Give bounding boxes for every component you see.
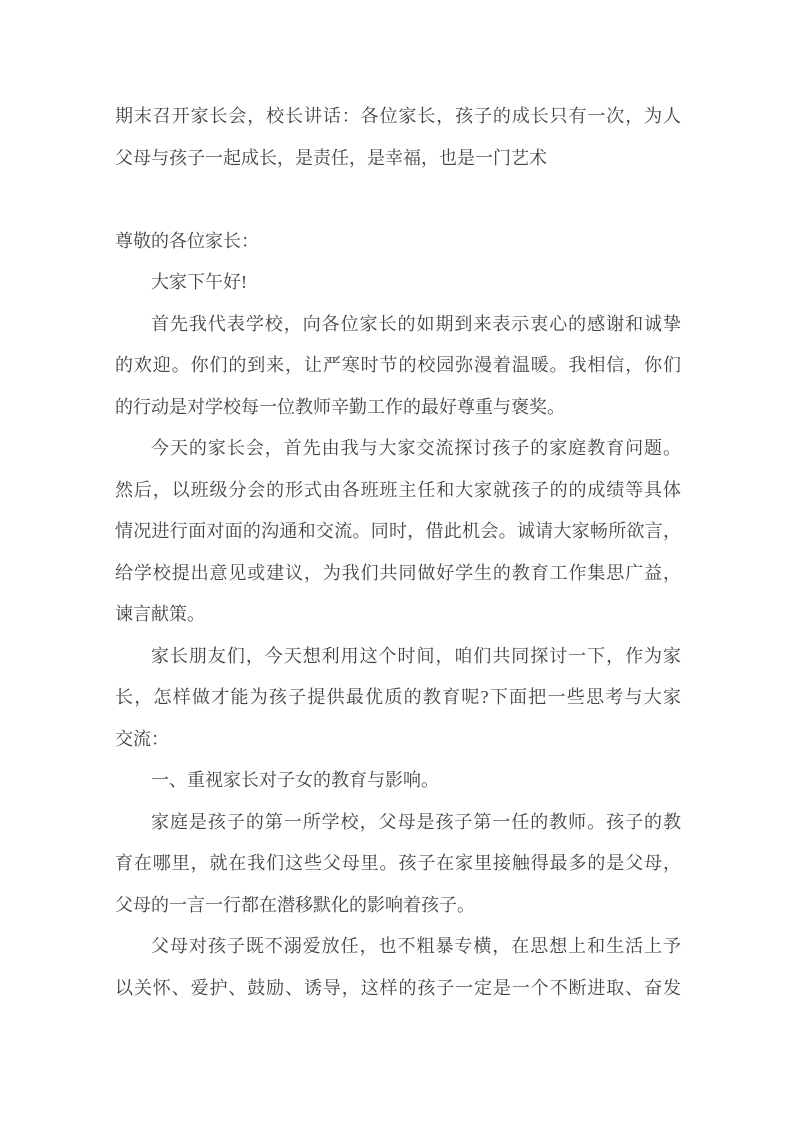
text-line: 家庭是孩子的第一所学校，父母是孩子第一任的教师。孩子的教 <box>115 802 681 844</box>
text-line: 长，怎样做才能为孩子提供最优质的教育呢?下面把一些思考与大家 <box>115 677 681 719</box>
text-line: 一、重视家长对子女的教育与影响。 <box>115 760 681 802</box>
text-line: 情况进行面对面的沟通和交流。同时，借此机会。诚请大家畅所欲言， <box>115 511 681 553</box>
text-line: 父母与孩子一起成长，是责任，是幸福，也是一门艺术 <box>115 138 681 180</box>
text-line: 的行动是对学校每一位教师辛勤工作的最好尊重与褒奖。 <box>115 387 681 429</box>
document-content: 期末召开家长会，校长讲话：各位家长，孩子的成长只有一次，为人父母与孩子一起成长，… <box>115 96 681 1009</box>
text-line: 以关怀、爱护、鼓励、诱导，这样的孩子一定是一个不断进取、奋发 <box>115 968 681 1010</box>
text-line: 父母的一言一行都在潜移默化的影响着孩子。 <box>115 885 681 927</box>
text-line: 的欢迎。你们的到来，让严寒时节的校园弥漫着温暖。我相信，你们 <box>115 345 681 387</box>
text-line: 育在哪里，就在我们这些父母里。孩子在家里接触得最多的是父母， <box>115 843 681 885</box>
text-line: 首先我代表学校，向各位家长的如期到来表示衷心的感谢和诚挚 <box>115 304 681 346</box>
text-line: 家长朋友们，今天想利用这个时间，咱们共同探讨一下，作为家 <box>115 636 681 678</box>
text-line: 尊敬的各位家长： <box>115 221 681 263</box>
text-line: 大家下午好! <box>115 262 681 304</box>
document-page: 期末召开家长会，校长讲话：各位家长，孩子的成长只有一次，为人父母与孩子一起成长，… <box>0 0 793 1122</box>
text-line: 谏言献策。 <box>115 594 681 636</box>
text-line: 给学校提出意见或建议，为我们共同做好学生的教育工作集思广益， <box>115 553 681 595</box>
text-line: 今天的家长会，首先由我与大家交流探讨孩子的家庭教育问题。 <box>115 428 681 470</box>
text-line: 然后，以班级分会的形式由各班班主任和大家就孩子的的成绩等具体 <box>115 470 681 512</box>
text-line: 期末召开家长会，校长讲话：各位家长，孩子的成长只有一次，为人 <box>115 96 681 138</box>
text-line: 交流： <box>115 719 681 761</box>
text-line: 父母对孩子既不溺爱放任，也不粗暴专横，在思想上和生活上予 <box>115 926 681 968</box>
blank-line <box>115 179 681 221</box>
